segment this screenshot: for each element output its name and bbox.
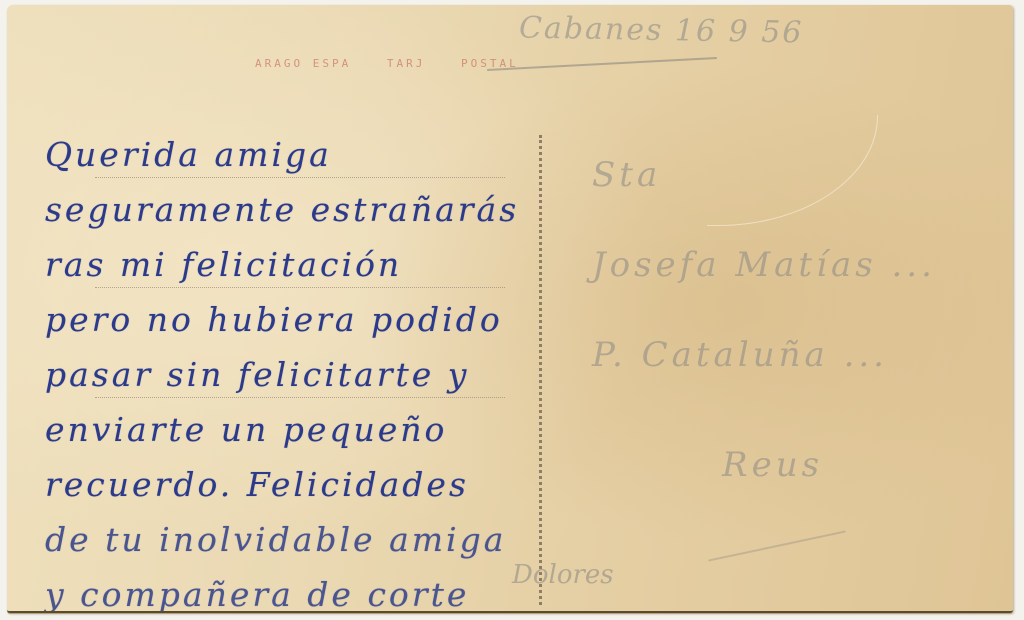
message-line: pasar sin felicitarte y bbox=[45, 353, 545, 408]
address-line: Sta bbox=[592, 155, 1012, 245]
message-line: Querida amiga bbox=[45, 133, 545, 188]
postcard-scan: ARAGO ESPA TARJ POSTAL Cabanes 16 9 56 Q… bbox=[0, 0, 1024, 620]
message-line: pero no hubiera podido bbox=[45, 298, 545, 353]
message-line: seguramente estrañarás bbox=[45, 188, 545, 243]
pencil-date-note: Cabanes 16 9 56 bbox=[519, 11, 804, 51]
message-line: ras mi felicitación bbox=[45, 243, 545, 298]
pencil-signature: Dolores bbox=[512, 560, 614, 590]
stamp-segment: TARJ bbox=[387, 57, 426, 70]
postcard-back: ARAGO ESPA TARJ POSTAL Cabanes 16 9 56 Q… bbox=[7, 5, 1013, 613]
pencil-address: Sta Josefa Matías ... P. Cataluña ... Re… bbox=[592, 155, 1012, 495]
message-line: enviarte un pequeño bbox=[45, 408, 545, 463]
address-flourish bbox=[708, 530, 845, 561]
address-line: P. Cataluña ... bbox=[592, 335, 1012, 445]
message-line: y compañera de corte bbox=[45, 573, 545, 613]
handwritten-message: Querida amiga seguramente estrañarás ras… bbox=[45, 133, 545, 613]
stamp-segment: ARAGO ESPA bbox=[255, 57, 351, 70]
address-line: Reus bbox=[592, 445, 1012, 495]
message-line: de tu inolvidable amiga bbox=[45, 518, 545, 573]
message-line: recuerdo. Felicidades bbox=[45, 463, 545, 518]
address-line: Josefa Matías ... bbox=[592, 245, 1012, 335]
